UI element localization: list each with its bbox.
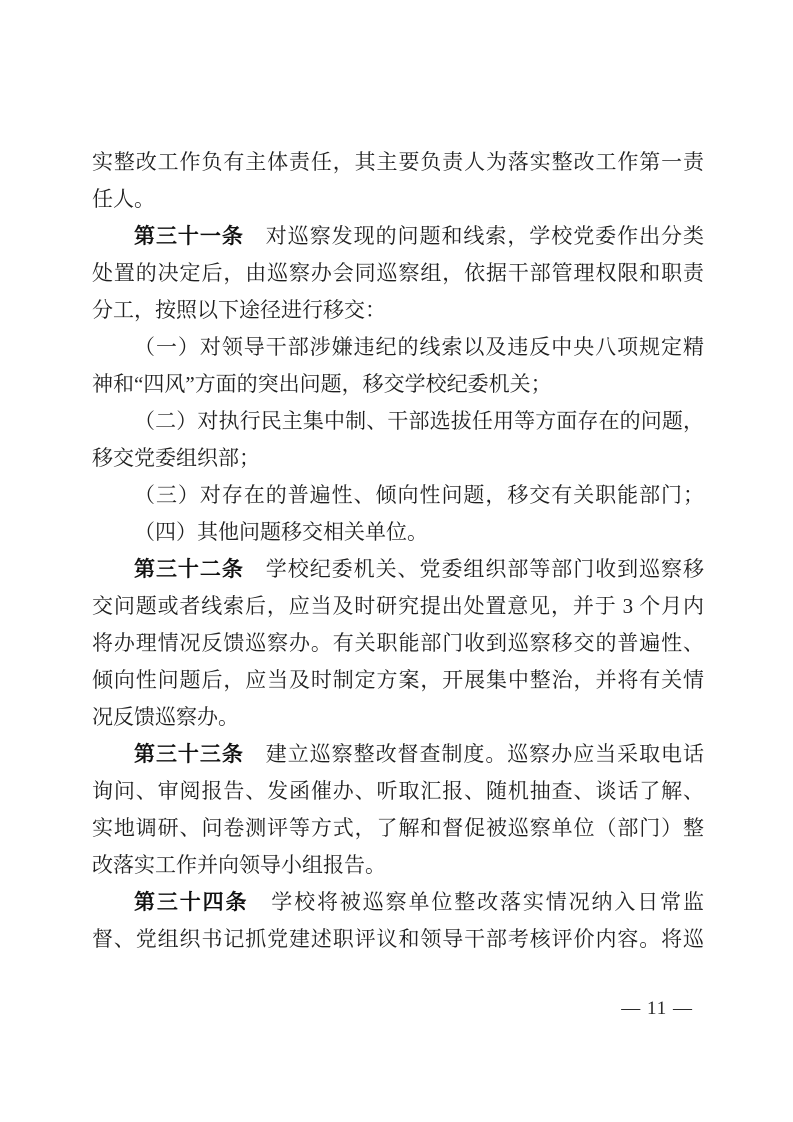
paragraph: 第三十三条 建立巡察整改督查制度。巡察办应当采取电话询问、审阅报告、发函催办、听… xyxy=(92,736,704,884)
text-line: 实整改工作负有主体责任，其主要负责人为落实整改工作第一责 xyxy=(92,144,704,181)
text-line: 实地调研、问卷测评等方式，了解和督促被巡察单位（部门）整 xyxy=(92,810,704,847)
text-segment: 任人。 xyxy=(92,187,155,211)
text-line: （三）对存在的普遍性、倾向性问题，移交有关职能部门； xyxy=(92,477,704,514)
text-line: 将办理情况反馈巡察办。有关职能部门收到巡察移交的普遍性、 xyxy=(92,625,704,662)
document-body: 实整改工作负有主体责任，其主要负责人为落实整改工作第一责任人。第三十一条 对巡察… xyxy=(92,144,704,958)
text-segment: 对巡察发现的问题和线索，学校党委作出分类 xyxy=(244,224,704,248)
text-segment: 况反馈巡察办。 xyxy=(92,705,239,729)
text-line: 任人。 xyxy=(92,181,704,218)
text-segment: 建立巡察整改督查制度。巡察办应当采取电话 xyxy=(244,742,704,766)
text-line: 倾向性问题后，应当及时制定方案，开展集中整治，并将有关情 xyxy=(92,662,704,699)
text-segment: 移交党委组织部； xyxy=(92,446,260,470)
paragraph: （三）对存在的普遍性、倾向性问题，移交有关职能部门； xyxy=(92,477,704,514)
text-segment: 神和“四风”方面的突出问题，移交学校纪委机关； xyxy=(92,372,552,396)
text-segment: 将办理情况反馈巡察办。有关职能部门收到巡察移交的普遍性、 xyxy=(92,631,704,655)
text-segment: 实整改工作负有主体责任，其主要负责人为落实整改工作第一责 xyxy=(92,150,704,174)
text-line: 神和“四风”方面的突出问题，移交学校纪委机关； xyxy=(92,366,704,403)
text-line: 移交党委组织部； xyxy=(92,440,704,477)
text-segment: 交问题或者线索后，应当及时研究提出处置意见，并于 3 个月内 xyxy=(92,594,704,618)
text-segment: 倾向性问题后，应当及时制定方案，开展集中整治，并将有关情 xyxy=(92,668,704,692)
text-segment: 处置的决定后，由巡察办会同巡察组，依据干部管理权限和职责 xyxy=(92,261,704,285)
article-heading: 第三十三条 xyxy=(134,742,244,766)
paragraph: （一）对领导干部涉嫌违纪的线索以及违反中央八项规定精神和“四风”方面的突出问题，… xyxy=(92,329,704,403)
text-segment: 分工，按照以下途径进行移交： xyxy=(92,298,386,322)
text-line: 督、党组织书记抓党建述职评议和领导干部考核评价内容。将巡 xyxy=(92,921,704,958)
text-line: 改落实工作并向领导小组报告。 xyxy=(92,847,704,884)
text-line: 第三十四条 学校将被巡察单位整改落实情况纳入日常监 xyxy=(92,884,704,921)
text-line: 第三十三条 建立巡察整改督查制度。巡察办应当采取电话 xyxy=(92,736,704,773)
text-line: （四）其他问题移交相关单位。 xyxy=(92,514,704,551)
text-line: 分工，按照以下途径进行移交： xyxy=(92,292,704,329)
paragraph: （四）其他问题移交相关单位。 xyxy=(92,514,704,551)
text-segment: 询问、审阅报告、发函催办、听取汇报、随机抽查、谈话了解、 xyxy=(92,779,704,803)
text-line: 第三十一条 对巡察发现的问题和线索，学校党委作出分类 xyxy=(92,218,704,255)
text-segment: 实地调研、问卷测评等方式，了解和督促被巡察单位（部门）整 xyxy=(92,816,704,840)
paragraph: 第三十二条 学校纪委机关、党委组织部等部门收到巡察移交问题或者线索后，应当及时研… xyxy=(92,551,704,736)
text-line: （二）对执行民主集中制、干部选拔任用等方面存在的问题， xyxy=(92,403,704,440)
page-number: — 11 — xyxy=(0,998,693,1020)
text-segment: （一）对领导干部涉嫌违纪的线索以及违反中央八项规定精 xyxy=(134,335,704,359)
text-line: 第三十二条 学校纪委机关、党委组织部等部门收到巡察移 xyxy=(92,551,704,588)
text-line: 处置的决定后，由巡察办会同巡察组，依据干部管理权限和职责 xyxy=(92,255,704,292)
text-segment: （二）对执行民主集中制、干部选拔任用等方面存在的问题， xyxy=(134,409,704,433)
text-line: 况反馈巡察办。 xyxy=(92,699,704,736)
article-heading: 第三十一条 xyxy=(134,224,244,248)
article-heading: 第三十二条 xyxy=(134,557,244,581)
text-line: 交问题或者线索后，应当及时研究提出处置意见，并于 3 个月内 xyxy=(92,588,704,625)
text-segment: 改落实工作并向领导小组报告。 xyxy=(92,853,386,877)
text-segment: 学校纪委机关、党委组织部等部门收到巡察移 xyxy=(244,557,704,581)
text-line: 询问、审阅报告、发函催办、听取汇报、随机抽查、谈话了解、 xyxy=(92,773,704,810)
paragraph: 第三十一条 对巡察发现的问题和线索，学校党委作出分类处置的决定后，由巡察办会同巡… xyxy=(92,218,704,329)
paragraph: 第三十四条 学校将被巡察单位整改落实情况纳入日常监督、党组织书记抓党建述职评议和… xyxy=(92,884,704,958)
article-heading: 第三十四条 xyxy=(134,890,248,914)
text-segment: 学校将被巡察单位整改落实情况纳入日常监 xyxy=(248,890,704,914)
paragraph: 实整改工作负有主体责任，其主要负责人为落实整改工作第一责任人。 xyxy=(92,144,704,218)
text-segment: （四）其他问题移交相关单位。 xyxy=(134,520,428,544)
text-segment: （三）对存在的普遍性、倾向性问题，移交有关职能部门； xyxy=(134,483,704,507)
text-segment: 督、党组织书记抓党建述职评议和领导干部考核评价内容。将巡 xyxy=(92,927,704,951)
paragraph: （二）对执行民主集中制、干部选拔任用等方面存在的问题，移交党委组织部； xyxy=(92,403,704,477)
document-page: 实整改工作负有主体责任，其主要负责人为落实整改工作第一责任人。第三十一条 对巡察… xyxy=(0,0,793,1122)
text-line: （一）对领导干部涉嫌违纪的线索以及违反中央八项规定精 xyxy=(92,329,704,366)
